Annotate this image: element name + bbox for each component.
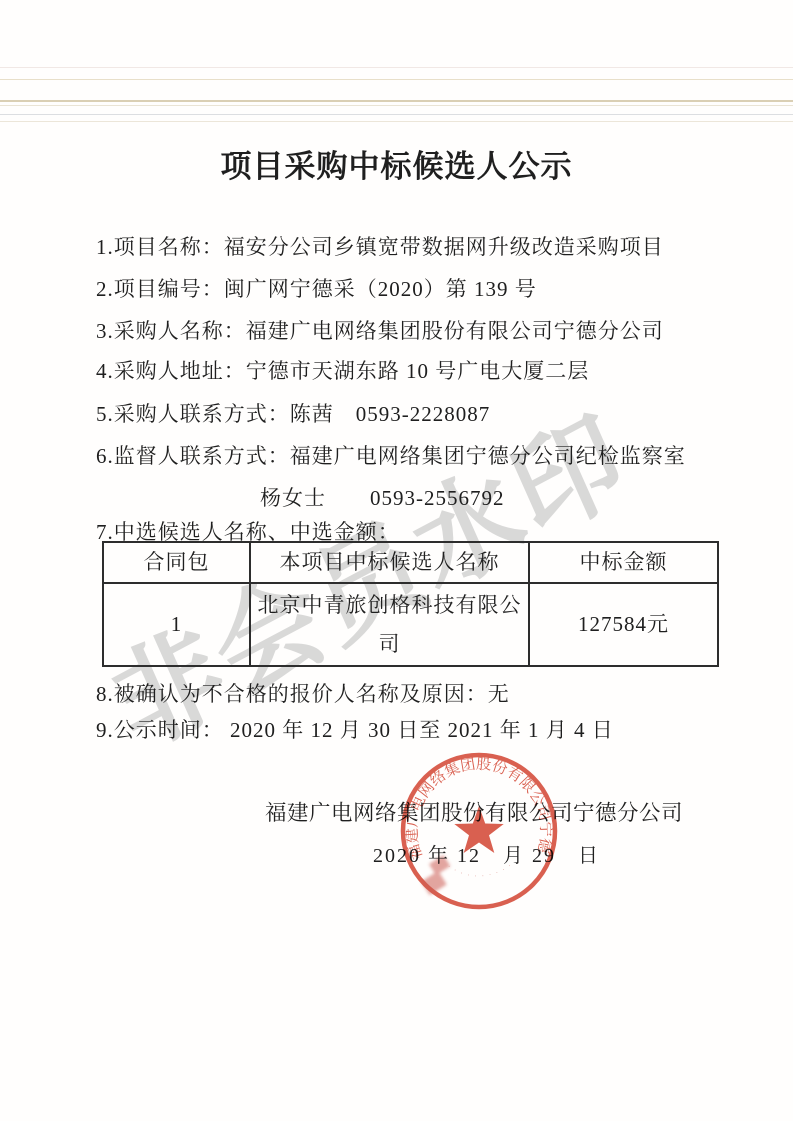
doc-line-disqualified: 8.被确认为不合格的报价人名称及原因：无 — [96, 678, 510, 708]
doc-line-publicity-period: 9.公示时间： 2020 年 12 月 30 日至 2021 年 1 月 4 日 — [96, 714, 614, 744]
header-candidate-name: 本项目中标候选人名称 — [250, 542, 529, 583]
doc-line-purchaser-address: 4.采购人地址：宁德市天湖东路 10 号广电大厦二层 — [96, 355, 589, 385]
bid-candidates-table: 合同包 本项目中标候选人名称 中标金额 1 北京中青旅创格科技有限公司 1275… — [102, 541, 719, 667]
table-header-row: 合同包 本项目中标候选人名称 中标金额 — [103, 542, 718, 583]
doc-line-project-number: 2.项目编号：闽广网宁德采（2020）第 139 号 — [96, 273, 537, 303]
table-row: 1 北京中青旅创格科技有限公司 127584元 — [103, 583, 718, 666]
company-seal: 福建广电网络集团股份有限公司宁德分公司 · · · · · · · · · · … — [394, 746, 564, 916]
letterhead-rule — [0, 121, 793, 122]
signature-date: 2020 年 12 月 29 日 — [373, 839, 600, 868]
header-contract-package: 合同包 — [103, 542, 250, 583]
header-bid-amount: 中标金额 — [529, 542, 718, 583]
letterhead-rule — [0, 67, 793, 68]
doc-line-purchaser-name: 3.采购人名称：福建广电网络集团股份有限公司宁德分公司 — [96, 315, 664, 345]
doc-line-project-name: 1.项目名称：福安分公司乡镇宽带数据网升级改造采购项目 — [96, 231, 664, 261]
signature-company: 福建广电网络集团股份有限公司宁德分公司 — [265, 796, 683, 827]
page-title: 项目采购中标候选人公示 — [0, 141, 793, 186]
cell-contract-package: 1 — [103, 583, 250, 666]
doc-line-purchaser-contact: 5.采购人联系方式：陈茜 0593-2228087 — [96, 398, 490, 428]
letterhead-rule — [0, 79, 793, 80]
cell-candidate-name: 北京中青旅创格科技有限公司 — [250, 583, 529, 666]
letterhead-rule — [0, 105, 793, 106]
doc-line-supervisor-contact-2: 杨女士 0593-2556792 — [260, 482, 505, 512]
doc-line-supervisor-contact: 6.监督人联系方式：福建广电网络集团宁德分公司纪检监察室 — [96, 440, 686, 470]
letterhead-rule — [0, 100, 793, 102]
cell-bid-amount: 127584元 — [529, 583, 718, 666]
letterhead-rule — [0, 114, 793, 115]
document-page: 非会员水印 项目采购中标候选人公示 1.项目名称：福安分公司乡镇宽带数据网升级改… — [0, 0, 793, 1121]
seal-ring — [403, 755, 555, 907]
